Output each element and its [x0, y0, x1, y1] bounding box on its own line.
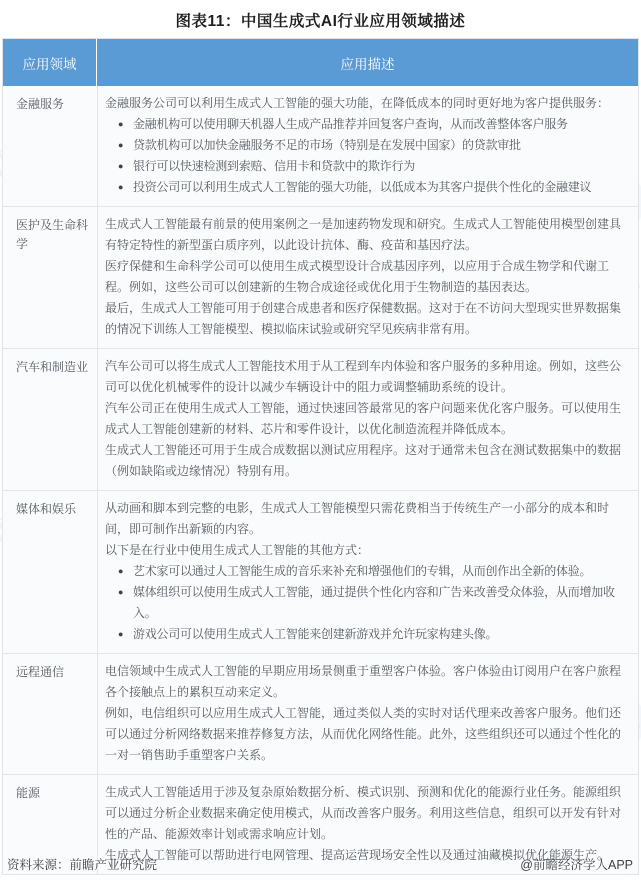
table-row: 汽车和制造业汽车公司可以将生成式人工智能技术用于从工程到车内体验和客户服务的多种… [3, 348, 638, 490]
table-header-field: 应用领域 [3, 39, 97, 86]
table-header-description: 应用描述 [97, 39, 638, 86]
bullet-icon: ● [105, 114, 133, 135]
bullet-text: 金融机构可以使用聊天机器人生成产品推荐并回复客户查询，从而改善整体客户服务 [133, 114, 631, 135]
description-cell: 电信领域中生成式人工智能的早期应用场景侧重于重塑客户体验。客户体验由订阅用户在客… [98, 654, 638, 774]
description-cell: 从动画和脚本到完整的电影，生成式人工智能模型只需花费相当于传统生产一小部分的成本… [98, 491, 638, 653]
bullet-text: 媒体组织可以使用生成式人工智能，通过提供个性化内容和广告来改善受众体验，从而增加… [133, 582, 631, 624]
bullet-item: ●银行可以快速检测到索赔、信用卡和贷款中的欺诈行为 [105, 156, 631, 177]
table-header-row: 应用领域 应用描述 [3, 39, 638, 86]
bullet-icon: ● [105, 177, 133, 198]
bullet-text: 贷款机构可以加快金融服务不足的市场（特别是在发展中国家）的贷款审批 [133, 135, 631, 156]
description-paragraph: 汽车公司可以将生成式人工智能技术用于从工程到车内体验和客户服务的多种用途。例如，… [105, 356, 631, 398]
description-paragraph: 生成式人工智能适用于涉及复杂原始数据分析、模式识别、预测和优化的能源行业任务。能… [105, 782, 631, 845]
table-body: 金融服务金融服务公司可以利用生成式人工智能的强大功能，在降低成本的同时更好地为客… [3, 86, 638, 874]
field-cell: 媒体和娱乐 [3, 491, 98, 653]
description-paragraph: 医疗保健和生命科学公司可以使用生成式模型设计合成基因序列，以应用于合成生物学和代… [105, 256, 631, 298]
description-paragraph: 金融服务公司可以利用生成式人工智能的强大功能，在降低成本的同时更好地为客户提供服… [105, 93, 631, 114]
description-cell: 汽车公司可以将生成式人工智能技术用于从工程到车内体验和客户服务的多种用途。例如，… [98, 349, 638, 490]
bullet-icon: ● [105, 156, 133, 177]
table-row: 远程通信电信领域中生成式人工智能的早期应用场景侧重于重塑客户体验。客户体验由订阅… [3, 653, 638, 774]
description-paragraph: 以下是在行业中使用生成式人工智能的其他方式： [105, 540, 631, 561]
bullet-icon: ● [105, 135, 133, 156]
description-paragraph: 最后，生成式人工智能可用于创建合成患者和医疗保健数据。这对于在不访问大型现实世界… [105, 298, 631, 340]
bullet-icon: ● [105, 582, 133, 624]
figure-page: 前瞻产业研究院前瞻产业研究院前瞻产业研究院前瞻产业研究院前瞻产业研究院前瞻产业研… [0, 0, 641, 880]
bullet-item: ●游戏公司可以使用生成式人工智能来创建新游戏并允许玩家构建头像。 [105, 624, 631, 645]
bullet-icon: ● [105, 624, 133, 645]
bullet-item: ●投资公司可以利用生成式人工智能的强大功能，以低成本为其客户提供个性化的金融建议 [105, 177, 631, 198]
description-cell: 金融服务公司可以利用生成式人工智能的强大功能，在降低成本的同时更好地为客户提供服… [98, 86, 638, 206]
description-paragraph: 电信领域中生成式人工智能的早期应用场景侧重于重塑客户体验。客户体验由订阅用户在客… [105, 661, 631, 703]
description-paragraph: 生成式人工智能最有前景的使用案例之一是加速药物发现和研究。生成式人工智能使用模型… [105, 214, 631, 256]
bullet-item: ●艺术家可以通过人工智能生成的音乐来补充和增强他们的专辑，从而创作出全新的体验。 [105, 561, 631, 582]
footer: 资料来源：前瞻产业研究院 @前瞻经济学人APP [7, 855, 633, 873]
bullet-text: 投资公司可以利用生成式人工智能的强大功能，以低成本为其客户提供个性化的金融建议 [133, 177, 631, 198]
source-note: 资料来源：前瞻产业研究院 [7, 855, 157, 873]
description-paragraph: 从动画和脚本到完整的电影，生成式人工智能模型只需花费相当于传统生产一小部分的成本… [105, 498, 631, 540]
field-cell: 金融服务 [3, 86, 98, 206]
bullet-text: 游戏公司可以使用生成式人工智能来创建新游戏并允许玩家构建头像。 [133, 624, 631, 645]
bullet-item: ●金融机构可以使用聊天机器人生成产品推荐并回复客户查询，从而改善整体客户服务 [105, 114, 631, 135]
figure-title: 图表11：中国生成式AI行业应用领域描述 [0, 0, 641, 31]
table-row: 医护及生命科学生成式人工智能最有前景的使用案例之一是加速药物发现和研究。生成式人… [3, 206, 638, 348]
application-table: 应用领域 应用描述 金融服务金融服务公司可以利用生成式人工智能的强大功能，在降低… [2, 38, 639, 875]
credit-note: @前瞻经济学人APP [520, 855, 633, 873]
description-paragraph: 汽车公司正在使用生成式人工智能，通过快速回答最常见的客户问题来优化客户服务。可以… [105, 398, 631, 440]
description-paragraph: 例如，电信组织可以应用生成式人工智能，通过类似人类的实时对话代理来改善客户服务。… [105, 703, 631, 766]
field-cell: 远程通信 [3, 654, 98, 774]
table-row: 媒体和娱乐从动画和脚本到完整的电影，生成式人工智能模型只需花费相当于传统生产一小… [3, 490, 638, 653]
bullet-text: 银行可以快速检测到索赔、信用卡和贷款中的欺诈行为 [133, 156, 631, 177]
table-row: 金融服务金融服务公司可以利用生成式人工智能的强大功能，在降低成本的同时更好地为客… [3, 86, 638, 206]
bullet-item: ●媒体组织可以使用生成式人工智能，通过提供个性化内容和广告来改善受众体验，从而增… [105, 582, 631, 624]
description-paragraph: 生成式人工智能还可用于生成合成数据以测试应用程序。这对于通常未包含在测试数据集中… [105, 440, 631, 482]
field-cell: 汽车和制造业 [3, 349, 98, 490]
description-cell: 生成式人工智能最有前景的使用案例之一是加速药物发现和研究。生成式人工智能使用模型… [98, 207, 638, 348]
bullet-item: ●贷款机构可以加快金融服务不足的市场（特别是在发展中国家）的贷款审批 [105, 135, 631, 156]
field-cell: 医护及生命科学 [3, 207, 98, 348]
bullet-icon: ● [105, 561, 133, 582]
bullet-text: 艺术家可以通过人工智能生成的音乐来补充和增强他们的专辑，从而创作出全新的体验。 [133, 561, 631, 582]
